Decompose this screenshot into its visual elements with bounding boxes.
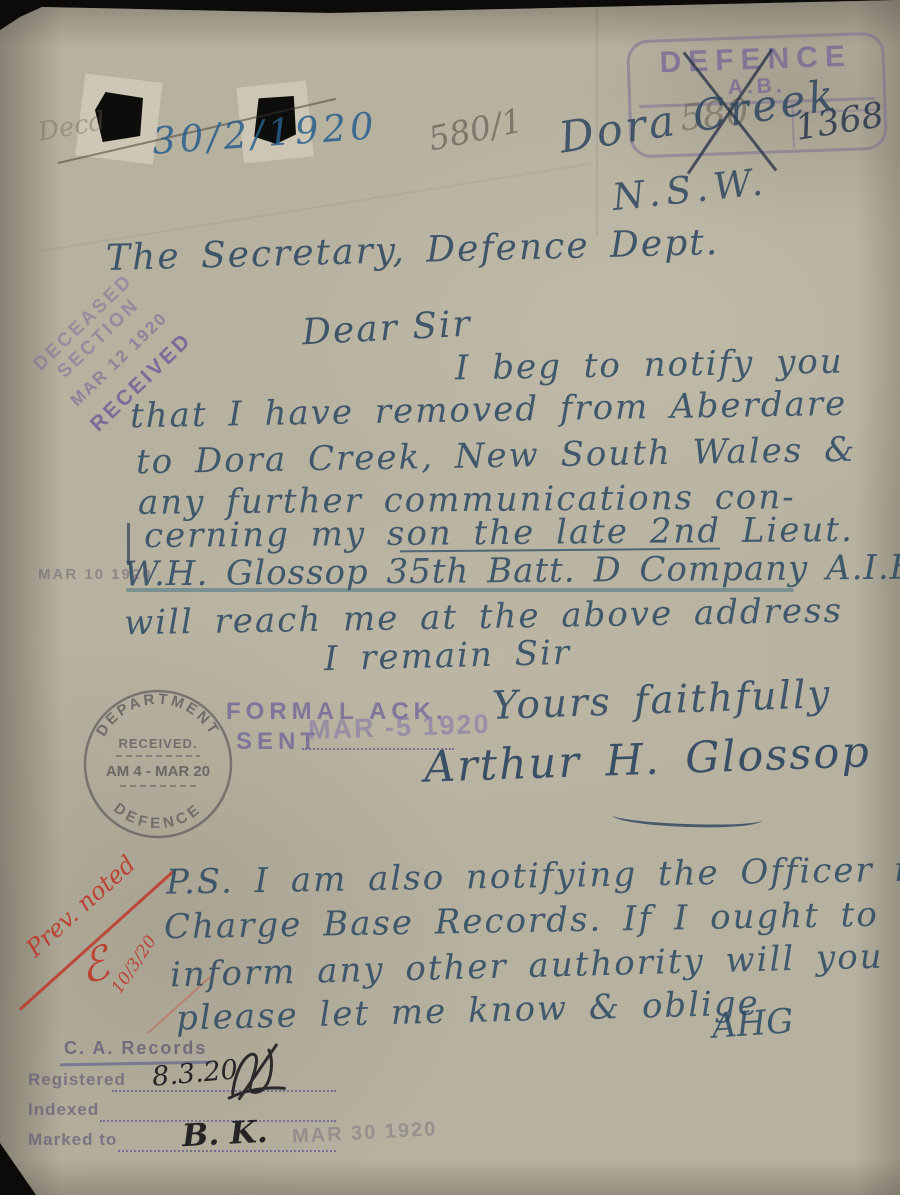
- received-stamp-bottom: DEFENCE: [110, 800, 206, 832]
- scanned-letter-page: { "header": { "pencil_scribble": "Decd",…: [0, 0, 900, 1195]
- svg-text:DEFENCE: DEFENCE: [110, 800, 206, 832]
- received-stamp-middle: RECEIVED.: [118, 736, 197, 751]
- marked-to-value: B. K.: [181, 1114, 268, 1154]
- ps-initials: AHG: [711, 1001, 795, 1047]
- department-received-stamp: DEPARTMENT DEFENCE RECEIVED. AM 4 - MAR …: [76, 682, 240, 846]
- corner-cut-top-left: [0, 0, 46, 30]
- mar10-stamp: MAR 10 1920: [38, 566, 153, 583]
- formal-ack-dotted-line: [302, 728, 454, 750]
- records-title: C. A. Records: [64, 1038, 207, 1059]
- indexed-label: Indexed: [28, 1100, 99, 1120]
- corner-cut-bottom-left: [0, 1143, 36, 1195]
- body-line-1: I beg to notify you: [455, 342, 844, 389]
- svg-text:DEPARTMENT: DEPARTMENT: [93, 691, 223, 740]
- pen-tick: [127, 523, 130, 565]
- body-line-8: I remain Sir: [324, 633, 572, 679]
- received-stamp-top: DEPARTMENT: [93, 691, 223, 740]
- received-stamp-date: AM 4 - MAR 20: [106, 763, 210, 780]
- marked-to-label: Marked to: [28, 1130, 117, 1150]
- registered-monogram: [218, 1039, 295, 1106]
- underline-glossop-line: [126, 588, 794, 592]
